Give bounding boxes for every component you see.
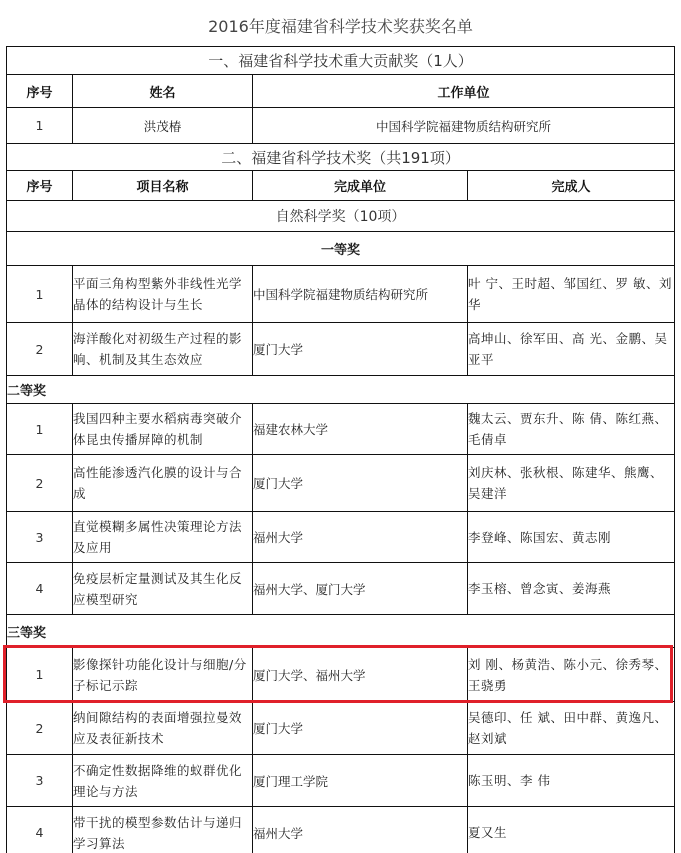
completion-people: 夏又生	[468, 807, 675, 853]
category-title: 自然科学奖（10项）	[7, 201, 675, 232]
row-index: 4	[7, 563, 73, 615]
header-project: 项目名称	[73, 171, 253, 201]
completion-people: 刘 刚、杨黄浩、陈小元、徐秀琴、王骁勇	[468, 648, 675, 702]
header-index: 序号	[7, 171, 73, 201]
row-index: 3	[7, 512, 73, 563]
table-row: 2 海洋酸化对初级生产过程的影响、机制及其生态效应 厦门大学 高坤山、徐军田、高…	[7, 323, 675, 376]
table-row: 3 直觉模糊多属性决策理论方法及应用 福州大学 李登峰、陈国宏、黄志刚	[7, 512, 675, 563]
completion-people: 叶 宁、王时超、邹国红、罗 敏、刘 华	[468, 266, 675, 323]
completion-unit: 中国科学院福建物质结构研究所	[253, 266, 468, 323]
row-index: 2	[7, 323, 73, 376]
table-row: 2 纳间隙结构的表面增强拉曼效应及表征新技术 厦门大学 吴德印、任 斌、田中群、…	[7, 702, 675, 755]
completion-unit: 厦门理工学院	[253, 755, 468, 807]
completion-people: 李登峰、陈国宏、黄志刚	[468, 512, 675, 563]
row-index: 2	[7, 455, 73, 512]
project-name: 平面三角构型紫外非线性光学晶体的结构设计与生长	[73, 266, 253, 323]
project-name: 带干扰的模型参数估计与递归学习算法	[73, 807, 253, 853]
header-people: 完成人	[468, 171, 675, 201]
section2-title-row: 二、福建省科学技术奖（共191项）	[7, 144, 675, 171]
section2-title: 二、福建省科学技术奖（共191项）	[7, 144, 675, 171]
completion-people: 魏太云、贾东升、陈 倩、陈红燕、毛倩卓	[468, 404, 675, 455]
project-name: 免疫层析定量测试及其生化反应模型研究	[73, 563, 253, 615]
project-name: 高性能渗透汽化膜的设计与合成	[73, 455, 253, 512]
completion-unit: 福州大学	[253, 512, 468, 563]
row-index: 1	[7, 266, 73, 323]
project-name: 影像探针功能化设计与细胞/分子标记示踪	[73, 648, 253, 702]
level-second-prize: 二等奖	[7, 376, 675, 404]
project-name: 不确定性数据降维的蚁群优化理论与方法	[73, 755, 253, 807]
level-row: 三等奖	[7, 615, 675, 648]
table-row-highlighted: 1 影像探针功能化设计与细胞/分子标记示踪 厦门大学、福州大学 刘 刚、杨黄浩、…	[7, 648, 675, 702]
category-row: 自然科学奖（10项）	[7, 201, 675, 232]
project-name: 纳间隙结构的表面增强拉曼效应及表征新技术	[73, 702, 253, 755]
table-row: 4 带干扰的模型参数估计与递归学习算法 福州大学 夏又生	[7, 807, 675, 853]
completion-unit: 厦门大学	[253, 323, 468, 376]
completion-unit: 厦门大学、福州大学	[253, 648, 468, 702]
awards-table: 一、福建省科学技术重大贡献奖（1人） 序号 姓名 工作单位 1 洪茂椿 中国科学…	[6, 46, 675, 853]
completion-unit: 厦门大学	[253, 455, 468, 512]
row-index: 3	[7, 755, 73, 807]
project-name: 海洋酸化对初级生产过程的影响、机制及其生态效应	[73, 323, 253, 376]
completion-people: 陈玉明、李 伟	[468, 755, 675, 807]
table-row: 2 高性能渗透汽化膜的设计与合成 厦门大学 刘庆林、张秋根、陈建华、熊鹰、吴建洋	[7, 455, 675, 512]
table-row: 4 免疫层析定量测试及其生化反应模型研究 福州大学、厦门大学 李玉榕、曾念寅、姜…	[7, 563, 675, 615]
header-index: 序号	[7, 75, 73, 108]
level-first-prize: 一等奖	[7, 232, 675, 266]
section1-title-row: 一、福建省科学技术重大贡献奖（1人）	[7, 47, 675, 75]
table-row: 1 洪茂椿 中国科学院福建物质结构研究所	[7, 108, 675, 144]
section2-header-row: 序号 项目名称 完成单位 完成人	[7, 171, 675, 201]
row-index: 2	[7, 702, 73, 755]
row-index: 1	[7, 108, 73, 144]
completion-unit: 福建农林大学	[253, 404, 468, 455]
row-index: 1	[7, 648, 73, 702]
page-title: 2016年度福建省科学技术奖获奖名单	[0, 14, 681, 37]
completion-unit: 福州大学	[253, 807, 468, 853]
awardee-workplace: 中国科学院福建物质结构研究所	[253, 108, 675, 144]
awardee-name: 洪茂椿	[73, 108, 253, 144]
table-row: 3 不确定性数据降维的蚁群优化理论与方法 厦门理工学院 陈玉明、李 伟	[7, 755, 675, 807]
completion-unit: 厦门大学	[253, 702, 468, 755]
header-unit: 完成单位	[253, 171, 468, 201]
section1-title: 一、福建省科学技术重大贡献奖（1人）	[7, 47, 675, 75]
completion-people: 李玉榕、曾念寅、姜海燕	[468, 563, 675, 615]
header-name: 姓名	[73, 75, 253, 108]
level-third-prize: 三等奖	[7, 615, 675, 648]
completion-people: 刘庆林、张秋根、陈建华、熊鹰、吴建洋	[468, 455, 675, 512]
table-row: 1 平面三角构型紫外非线性光学晶体的结构设计与生长 中国科学院福建物质结构研究所…	[7, 266, 675, 323]
level-row: 一等奖	[7, 232, 675, 266]
project-name: 我国四种主要水稻病毒突破介体昆虫传播屏障的机制	[73, 404, 253, 455]
row-index: 4	[7, 807, 73, 853]
level-row: 二等奖	[7, 376, 675, 404]
table-row: 1 我国四种主要水稻病毒突破介体昆虫传播屏障的机制 福建农林大学 魏太云、贾东升…	[7, 404, 675, 455]
completion-people: 吴德印、任 斌、田中群、黄逸凡、赵刘斌	[468, 702, 675, 755]
row-index: 1	[7, 404, 73, 455]
completion-people: 高坤山、徐军田、高 光、金鹏、吴亚平	[468, 323, 675, 376]
section1-header-row: 序号 姓名 工作单位	[7, 75, 675, 108]
header-workplace: 工作单位	[253, 75, 675, 108]
completion-unit: 福州大学、厦门大学	[253, 563, 468, 615]
project-name: 直觉模糊多属性决策理论方法及应用	[73, 512, 253, 563]
